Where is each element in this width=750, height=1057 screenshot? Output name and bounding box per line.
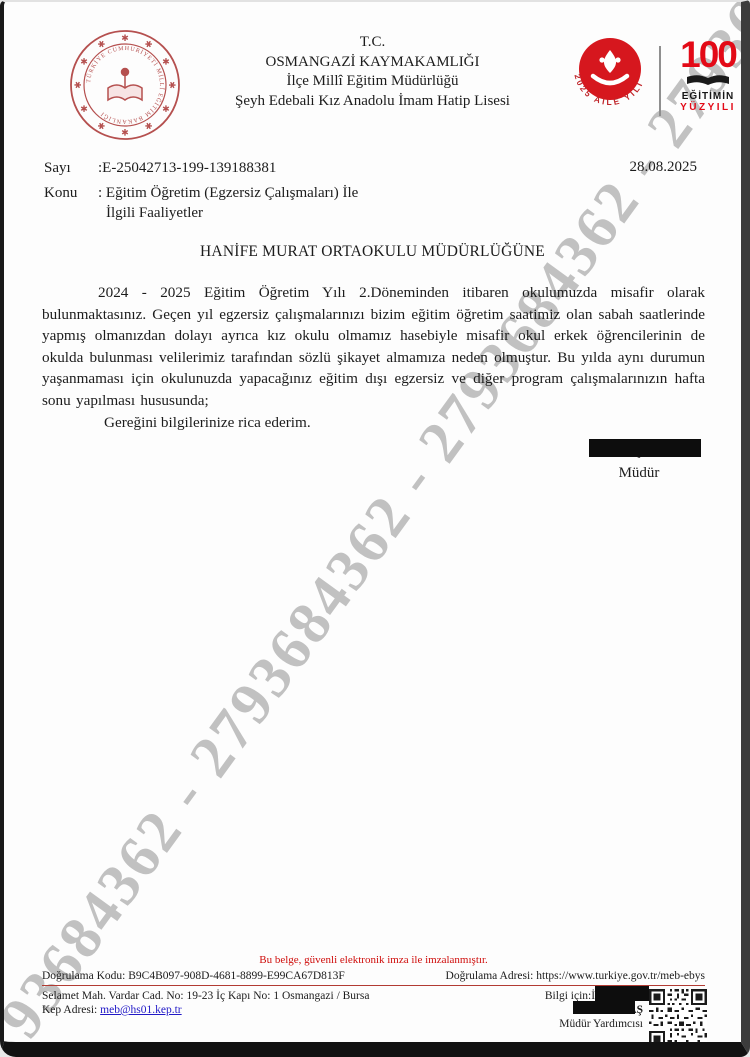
kep-email-link[interactable]: meb@hs01.kep.tr: [100, 1004, 182, 1016]
verification-code: Doğrulama Kodu: B9C4B097-908D-4681-8899-…: [42, 969, 345, 983]
qr-code: [649, 988, 707, 1048]
contact-block: Bilgi için:İlŞİMŞEK DEMİRBAŞ Müdür Yardı…: [545, 989, 643, 1031]
signature-block: Latife ŞEKER Müdür: [559, 443, 719, 482]
document-date: 28.08.2025: [630, 159, 698, 176]
konu-value-line2: İlgili Faaliyetler: [106, 203, 504, 223]
contact-name-redacted-2: DEMİRBAŞ: [581, 1003, 643, 1017]
centenary-line2: YÜZYILI: [667, 103, 749, 113]
letter-body: 2024 - 2025 Eğitim Öğretim Yılı 2.Dönemi…: [42, 282, 705, 433]
sayi-value: :E-25042713-199-139188381: [98, 158, 276, 178]
sayi-label: Sayı: [44, 158, 98, 178]
footer-left: Selamet Mah. Vardar Cad. No: 19-23 İç Ka…: [42, 989, 369, 1031]
signer-name: Latife ŞEKER: [593, 443, 684, 460]
konu-value-line1: : Eğitim Öğretim (Egzersiz Çalışmaları) …: [98, 183, 358, 203]
konu-label: Konu: [44, 183, 98, 203]
contact-title: Müdür Yardımcısı: [545, 1017, 643, 1031]
postal-address: Selamet Mah. Vardar Cad. No: 19-23 İç Ka…: [42, 989, 369, 1003]
kep-label: Kep Adresi:: [42, 1004, 100, 1016]
document-meta: Sayı :E-25042713-199-139188381 Konu : Eğ…: [44, 158, 504, 223]
svg-text:✱: ✱: [121, 126, 129, 136]
signer-title: Müdür: [559, 465, 719, 482]
body-paragraph: 2024 - 2025 Eğitim Öğretim Yılı 2.Dönemi…: [42, 282, 705, 412]
document-footer: Bu belge, güvenli elektronik imza ile im…: [42, 953, 705, 1031]
book-icon: [685, 73, 731, 86]
esignature-notice: Bu belge, güvenli elektronik imza ile im…: [42, 953, 705, 967]
aile-yili-logo-icon: 2025 AİLE YILI: [570, 36, 650, 132]
redaction-box: [595, 986, 649, 1001]
verification-address: Doğrulama Adresi: https://www.turkiye.go…: [446, 969, 705, 983]
redaction-box: [573, 1001, 635, 1014]
centenary-line1: EĞİTİMİN: [667, 92, 749, 102]
egitim-yuzyili-logo: 100 EĞİTİMİN YÜZYILI: [667, 36, 749, 113]
svg-text:✱: ✱: [142, 119, 154, 131]
recipient-title: HANİFE MURAT ORTAOKULU MÜDÜRLÜĞÜNE: [4, 243, 741, 261]
centenary-number: 100: [667, 36, 749, 73]
closing-line: Gereğini bilgilerinize rica ederim.: [42, 412, 705, 434]
kep-address-line: Kep Adresi: meb@hs01.kep.tr: [42, 1003, 369, 1017]
svg-text:✱: ✱: [96, 119, 108, 131]
signature-redaction-box: [589, 439, 700, 457]
logo-divider: [659, 46, 661, 116]
scanned-document-page: 93684362 - 2793684362 - 2793684362 - 279…: [0, 0, 750, 1057]
